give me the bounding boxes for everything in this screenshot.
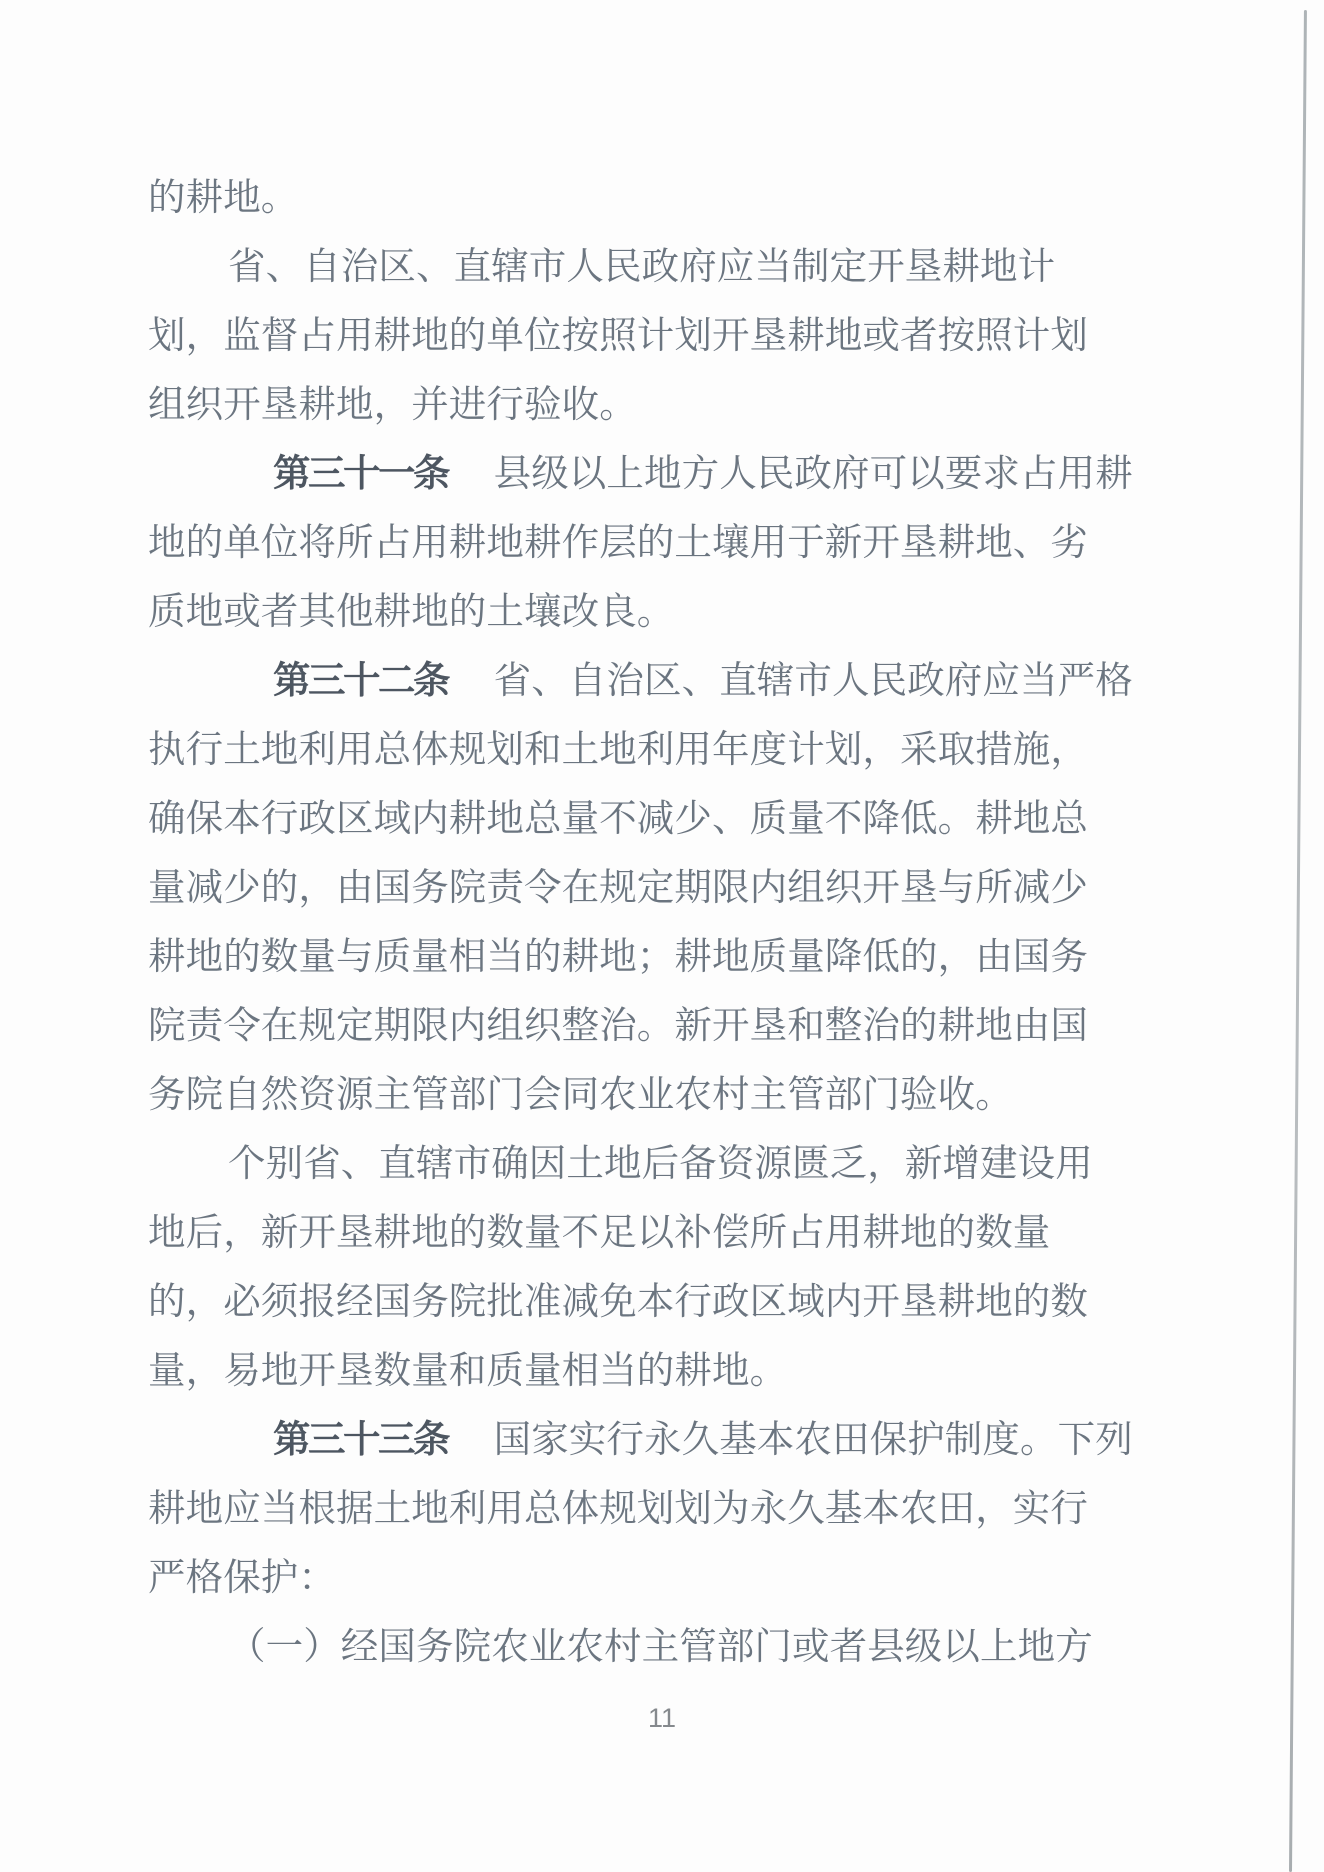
line-text: 严格保护： [148, 1555, 336, 1599]
line-text: 个别省、直辖市确因土地后备资源匮乏，新增建设用 [228, 1141, 1093, 1185]
text-line: 量减少的，由国务院责令在规定期限内组织开垦与所减少 [148, 853, 1110, 922]
text-line: 划，监督占用耕地的单位按照计划开垦耕地或者按照计划 [148, 301, 1110, 370]
page-number: 11 [0, 1703, 1324, 1734]
scan-edge-artifact-line [1289, 10, 1307, 1872]
line-text: 务院自然资源主管部门会同农业农村主管部门验收。 [148, 1072, 1013, 1116]
text-line: 第三十二条 省、自治区、直辖市人民政府应当严格 [148, 646, 1110, 715]
text-line: 质地或者其他耕地的土壤改良。 [148, 577, 1110, 646]
line-text: 量，易地开垦数量和质量相当的耕地。 [148, 1348, 787, 1392]
line-text: 地后，新开垦耕地的数量不足以补偿所占用耕地的数量 [148, 1210, 1050, 1254]
line-text: 省、自治区、直辖市人民政府应当制定开垦耕地计 [228, 244, 1055, 288]
line-text: 的，必须报经国务院批准减免本行政区域内开垦耕地的数 [148, 1279, 1088, 1323]
line-text: 质地或者其他耕地的土壤改良。 [148, 589, 674, 633]
line-text: 的耕地。 [148, 175, 298, 219]
text-line: 组织开垦耕地，并进行验收。 [148, 370, 1110, 439]
line-text: 组织开垦耕地，并进行验收。 [148, 382, 637, 426]
text-line: 的耕地。 [148, 163, 1110, 232]
text-line: 量，易地开垦数量和质量相当的耕地。 [148, 1336, 1110, 1405]
line-text: 量减少的，由国务院责令在规定期限内组织开垦与所减少 [148, 865, 1088, 909]
text-line: 耕地的数量与质量相当的耕地；耕地质量降低的，由国务 [148, 922, 1110, 991]
line-text: 执行土地利用总体规划和土地利用年度计划，采取措施， [148, 727, 1088, 771]
line-text: 地的单位将所占用耕地耕作层的土壤用于新开垦耕地、劣 [148, 520, 1088, 564]
text-line: （一）经国务院农业农村主管部门或者县级以上地方 [148, 1612, 1110, 1681]
text-line: 的，必须报经国务院批准减免本行政区域内开垦耕地的数 [148, 1267, 1110, 1336]
line-text: （一）经国务院农业农村主管部门或者县级以上地方 [228, 1624, 1093, 1668]
text-line: 第三十三条 国家实行永久基本农田保护制度。下列 [148, 1405, 1110, 1474]
article-number: 第三十二条 [273, 658, 448, 702]
line-text: 国家实行永久基本农田保护制度。下列 [456, 1417, 1133, 1461]
text-line: 严格保护： [148, 1543, 1110, 1612]
text-line: 院责令在规定期限内组织整治。新开垦和整治的耕地由国 [148, 991, 1110, 1060]
line-text: 耕地的数量与质量相当的耕地；耕地质量降低的，由国务 [148, 934, 1088, 978]
text-line: 执行土地利用总体规划和土地利用年度计划，采取措施， [148, 715, 1110, 784]
line-text: 县级以上地方人民政府可以要求占用耕 [456, 451, 1133, 495]
text-line: 地后，新开垦耕地的数量不足以补偿所占用耕地的数量 [148, 1198, 1110, 1267]
line-text: 划，监督占用耕地的单位按照计划开垦耕地或者按照计划 [148, 313, 1088, 357]
article-number: 第三十一条 [273, 451, 448, 495]
line-text: 院责令在规定期限内组织整治。新开垦和整治的耕地由国 [148, 1003, 1088, 1047]
document-text-block: 的耕地。 省、自治区、直辖市人民政府应当制定开垦耕地计 划，监督占用耕地的单位按… [148, 163, 1110, 1681]
text-line: 省、自治区、直辖市人民政府应当制定开垦耕地计 [148, 232, 1110, 301]
text-line: 确保本行政区域内耕地总量不减少、质量不降低。耕地总 [148, 784, 1110, 853]
scanned-document-page: 的耕地。 省、自治区、直辖市人民政府应当制定开垦耕地计 划，监督占用耕地的单位按… [0, 0, 1324, 1872]
text-line: 务院自然资源主管部门会同农业农村主管部门验收。 [148, 1060, 1110, 1129]
text-line: 耕地应当根据土地利用总体规划划为永久基本农田，实行 [148, 1474, 1110, 1543]
line-text: 耕地应当根据土地利用总体规划划为永久基本农田，实行 [148, 1486, 1088, 1530]
text-line: 地的单位将所占用耕地耕作层的土壤用于新开垦耕地、劣 [148, 508, 1110, 577]
line-text: 省、自治区、直辖市人民政府应当严格 [456, 658, 1133, 702]
text-line: 个别省、直辖市确因土地后备资源匮乏，新增建设用 [148, 1129, 1110, 1198]
line-text: 确保本行政区域内耕地总量不减少、质量不降低。耕地总 [148, 796, 1088, 840]
text-line: 第三十一条 县级以上地方人民政府可以要求占用耕 [148, 439, 1110, 508]
article-number: 第三十三条 [273, 1417, 448, 1461]
